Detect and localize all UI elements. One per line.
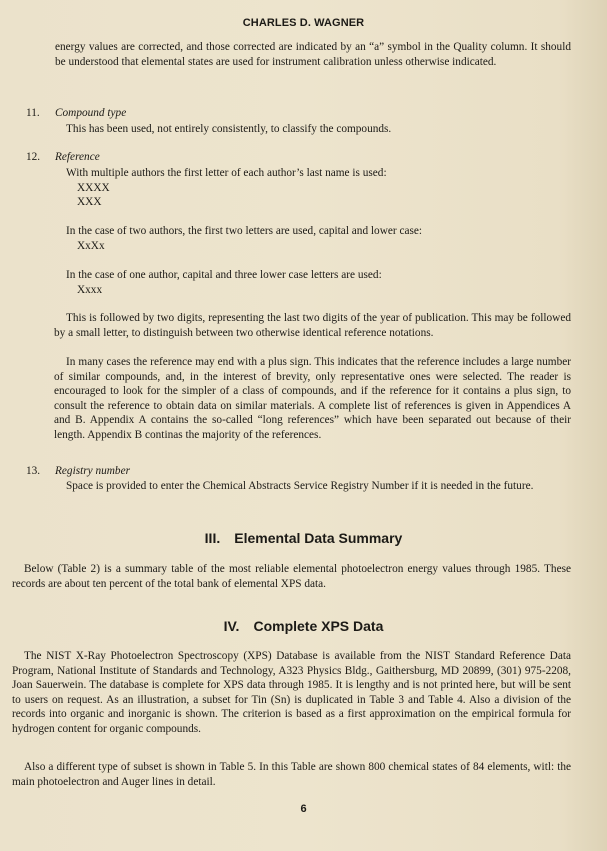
- item-text: Space is provided to enter the Chemical …: [54, 479, 571, 494]
- document-page: CHARLES D. WAGNER energy values are corr…: [0, 0, 607, 851]
- multi-author-text: With multiple authors the first letter o…: [66, 166, 571, 181]
- item-title: Reference: [55, 150, 100, 165]
- plus-sign-paragraph: In many cases the reference may end with…: [54, 355, 571, 443]
- one-author-text: In the case of one author, capital and t…: [66, 268, 571, 283]
- section-heading-elemental-data-summary: III.Elemental Data Summary: [0, 530, 607, 546]
- reference-example: Xxxx: [77, 283, 102, 298]
- running-head: CHARLES D. WAGNER: [0, 17, 607, 29]
- two-author-text: In the case of two authors, the first tw…: [66, 224, 571, 239]
- section-number: IV.: [224, 618, 240, 634]
- reference-example: XXXX: [77, 181, 110, 196]
- section-paragraph: The NIST X-Ray Photoelectron Spectroscop…: [12, 649, 571, 737]
- section-title: Complete XPS Data: [253, 618, 383, 634]
- reference-example: XxXx: [77, 239, 105, 254]
- item-title: Registry number: [55, 464, 130, 479]
- page-number: 6: [0, 803, 607, 815]
- digits-paragraph: This is followed by two digits, represen…: [54, 311, 571, 340]
- item-number: 13.: [26, 464, 40, 479]
- item-text: This has been used, not entirely consist…: [66, 122, 571, 137]
- section-title: Elemental Data Summary: [234, 530, 402, 546]
- section-heading-complete-xps-data: IV.Complete XPS Data: [0, 618, 607, 634]
- intro-paragraph: energy values are corrected, and those c…: [55, 40, 571, 69]
- item-number: 12.: [26, 150, 40, 165]
- section-number: III.: [205, 530, 221, 546]
- reference-example: XXX: [77, 195, 101, 210]
- section-paragraph: Also a different type of subset is shown…: [12, 760, 571, 789]
- item-title: Compound type: [55, 106, 126, 121]
- section-paragraph: Below (Table 2) is a summary table of th…: [12, 562, 571, 591]
- item-number: 11.: [26, 106, 40, 121]
